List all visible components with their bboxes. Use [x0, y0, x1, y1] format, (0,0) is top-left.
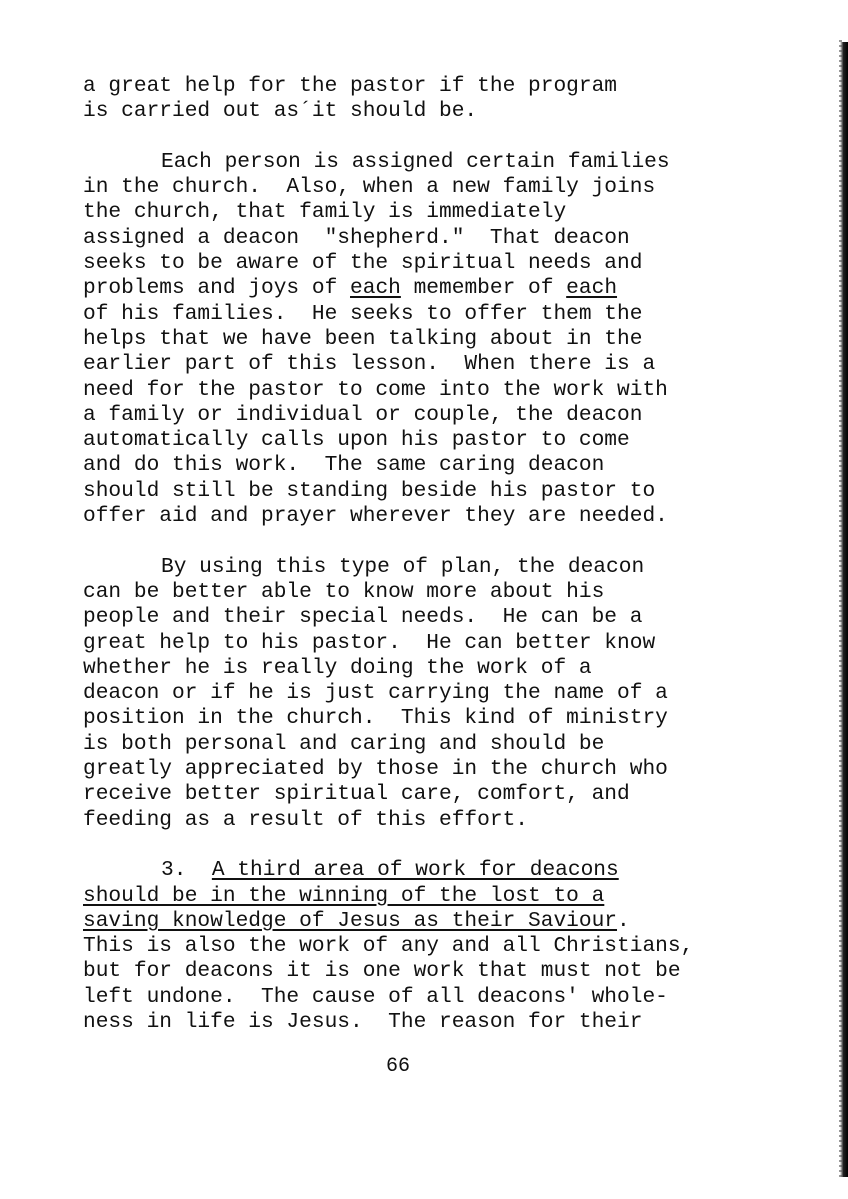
paragraph-gap: [83, 125, 823, 150]
text-segment: assigned a deacon "shepherd." That deaco…: [83, 226, 630, 250]
text-segment: This is also the work of any and all Chr…: [83, 934, 693, 958]
paragraph-gap: [83, 529, 823, 554]
text-line: should still be standing beside his past…: [83, 479, 823, 504]
underlined-text: saving knowledge of Jesus as their Savio…: [83, 909, 617, 933]
text-line: is both personal and caring and should b…: [83, 732, 823, 757]
text-segment: Each person is assigned certain families: [161, 150, 670, 174]
text-segment: deacon or if he is just carrying the nam…: [83, 681, 668, 705]
text-segment: 3.: [161, 858, 212, 882]
text-segment: earlier part of this lesson. When there …: [83, 352, 655, 376]
text-segment: seeks to be aware of the spiritual needs…: [83, 251, 642, 275]
text-line: is carried out as´it should be.: [83, 99, 823, 124]
text-line: a great help for the pastor if the progr…: [83, 74, 823, 99]
text-segment: .: [617, 909, 630, 933]
text-line: earlier part of this lesson. When there …: [83, 352, 823, 377]
text-segment: people and their special needs. He can b…: [83, 605, 642, 629]
text-segment: receive better spiritual care, comfort, …: [83, 782, 630, 806]
text-segment: a great help for the pastor if the progr…: [83, 74, 617, 98]
text-segment: greatly appreciated by those in the chur…: [83, 757, 668, 781]
text-line: By using this type of plan, the deacon: [83, 555, 823, 580]
text-line: feeding as a result of this effort.: [83, 808, 823, 833]
text-segment: problems and joys of: [83, 276, 350, 300]
text-segment: helps that we have been talking about in…: [83, 327, 642, 351]
text-line: automatically calls upon his pastor to c…: [83, 428, 823, 453]
paragraph: 3. A third area of work for deaconsshoul…: [83, 858, 823, 1035]
scanned-page-edge-shadow: [839, 40, 842, 1180]
text-segment: should still be standing beside his past…: [83, 479, 655, 503]
underlined-text: each: [350, 276, 401, 300]
underlined-text: each: [566, 276, 617, 300]
text-line: need for the pastor to come into the wor…: [83, 378, 823, 403]
text-line: This is also the work of any and all Chr…: [83, 934, 823, 959]
text-line: helps that we have been talking about in…: [83, 327, 823, 352]
text-line: and do this work. The same caring deacon: [83, 453, 823, 478]
text-segment: offer aid and prayer wherever they are n…: [83, 504, 668, 528]
text-segment: position in the church. This kind of min…: [83, 706, 668, 730]
document-body: a great help for the pastor if the progr…: [83, 74, 823, 1035]
text-segment: but for deacons it is one work that must…: [83, 959, 681, 983]
text-line: problems and joys of each memember of ea…: [83, 276, 823, 301]
text-line: should be in the winning of the lost to …: [83, 884, 823, 909]
text-segment: and do this work. The same caring deacon: [83, 453, 604, 477]
text-segment: whether he is really doing the work of a: [83, 656, 592, 680]
text-line: seeks to be aware of the spiritual needs…: [83, 251, 823, 276]
underlined-text: should be in the winning of the lost to …: [83, 884, 604, 908]
text-segment: of his families. He seeks to offer them …: [83, 302, 642, 326]
text-line: assigned a deacon "shepherd." That deaco…: [83, 226, 823, 251]
text-segment: can be better able to know more about hi…: [83, 580, 604, 604]
text-line: saving knowledge of Jesus as their Savio…: [83, 909, 823, 934]
text-segment: is both personal and caring and should b…: [83, 732, 604, 756]
text-segment: a family or individual or couple, the de…: [83, 403, 642, 427]
paragraph-gap: [83, 833, 823, 858]
text-line: receive better spiritual care, comfort, …: [83, 782, 823, 807]
text-segment: By using this type of plan, the deacon: [161, 555, 644, 579]
paragraph: By using this type of plan, the deaconca…: [83, 555, 823, 833]
text-line: greatly appreciated by those in the chur…: [83, 757, 823, 782]
text-line: position in the church. This kind of min…: [83, 706, 823, 731]
text-segment: the church, that family is immediately: [83, 200, 566, 224]
text-line: a family or individual or couple, the de…: [83, 403, 823, 428]
text-line: whether he is really doing the work of a: [83, 656, 823, 681]
text-line: deacon or if he is just carrying the nam…: [83, 681, 823, 706]
text-segment: memember of: [401, 276, 566, 300]
text-line: left undone. The cause of all deacons' w…: [83, 985, 823, 1010]
text-line: people and their special needs. He can b…: [83, 605, 823, 630]
text-segment: left undone. The cause of all deacons' w…: [83, 985, 668, 1009]
text-segment: feeding as a result of this effort.: [83, 808, 528, 832]
text-line: but for deacons it is one work that must…: [83, 959, 823, 984]
paragraph: Each person is assigned certain families…: [83, 150, 823, 529]
text-line: Each person is assigned certain families: [83, 150, 823, 175]
text-segment: ness in life is Jesus. The reason for th…: [83, 1010, 642, 1034]
text-line: in the church. Also, when a new family j…: [83, 175, 823, 200]
text-line: offer aid and prayer wherever they are n…: [83, 504, 823, 529]
text-line: 3. A third area of work for deacons: [83, 858, 823, 883]
text-segment: is carried out as´it should be.: [83, 99, 477, 123]
underlined-text: A third area of work for deacons: [212, 858, 619, 882]
text-line: great help to his pastor. He can better …: [83, 631, 823, 656]
text-segment: automatically calls upon his pastor to c…: [83, 428, 630, 452]
text-segment: great help to his pastor. He can better …: [83, 631, 655, 655]
text-line: the church, that family is immediately: [83, 200, 823, 225]
text-segment: need for the pastor to come into the wor…: [83, 378, 668, 402]
text-line: ness in life is Jesus. The reason for th…: [83, 1010, 823, 1035]
text-line: of his families. He seeks to offer them …: [83, 302, 823, 327]
page-number: 66: [0, 1055, 796, 1078]
paragraph: a great help for the pastor if the progr…: [83, 74, 823, 125]
text-segment: in the church. Also, when a new family j…: [83, 175, 655, 199]
text-line: can be better able to know more about hi…: [83, 580, 823, 605]
